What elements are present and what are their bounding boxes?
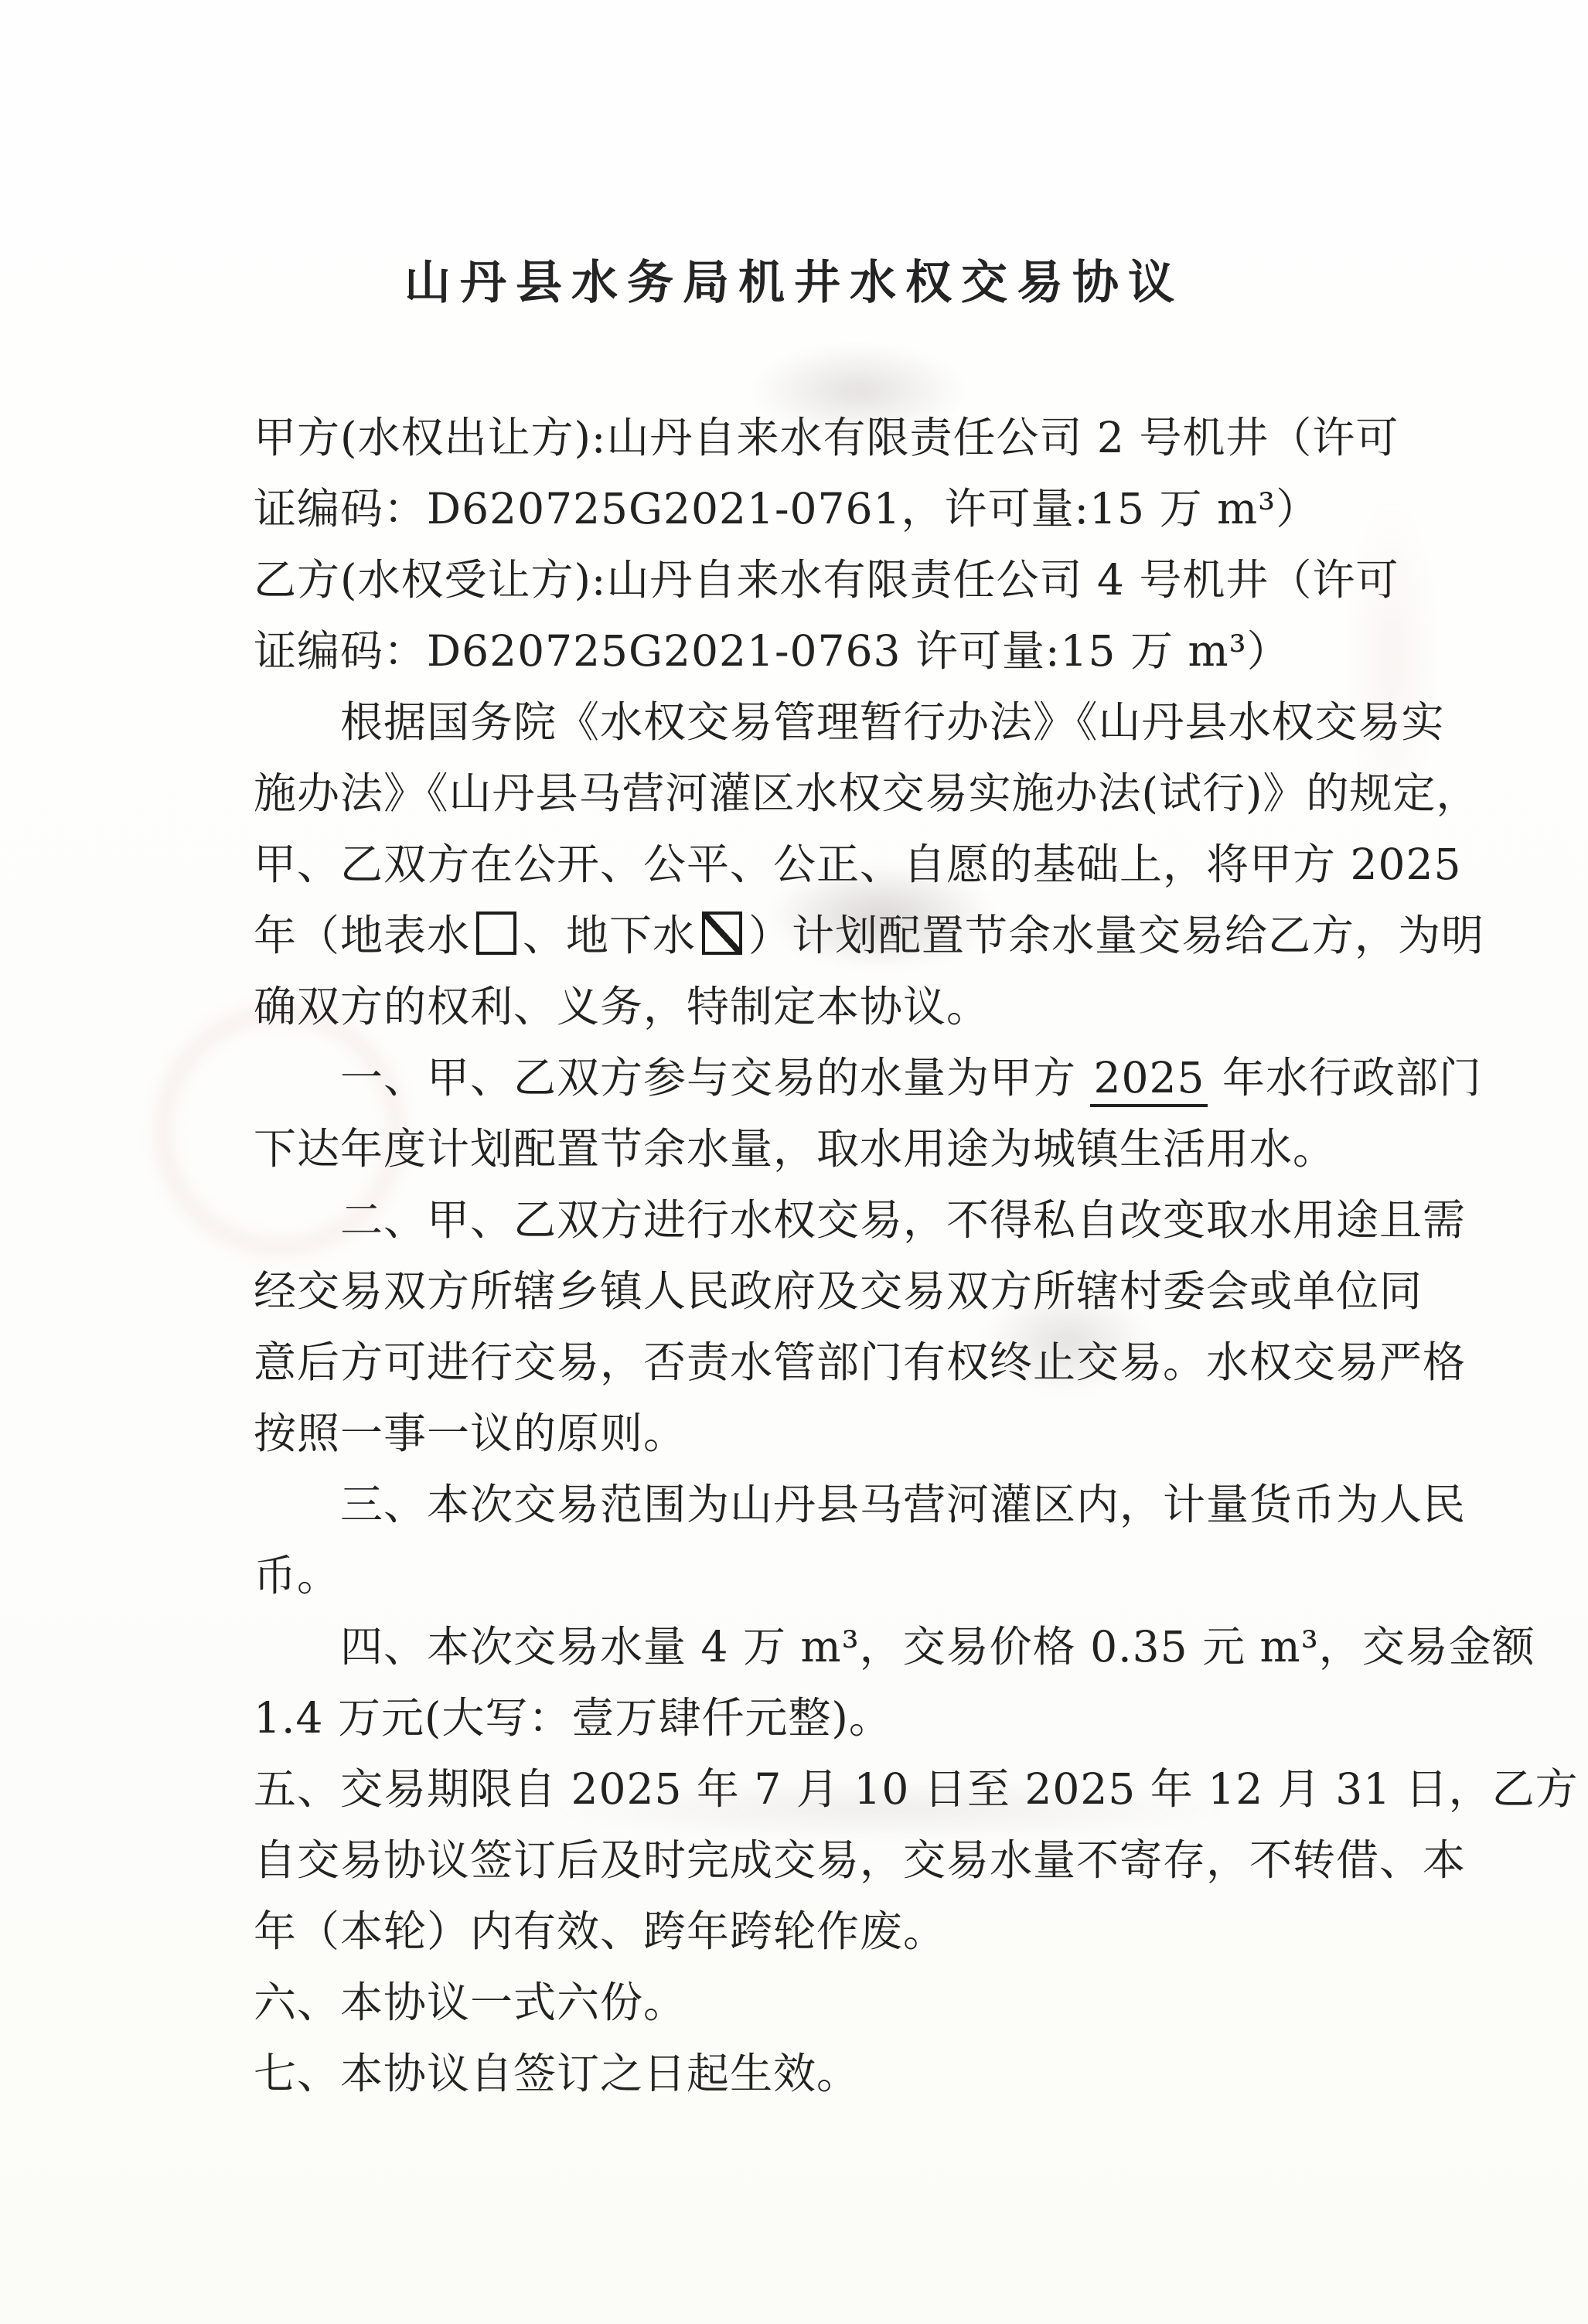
clause-2-line: 二、甲、乙双方进行水权交易，不得私自改变取水用途且需	[254, 1184, 1351, 1256]
clause-6-line: 六、本协议一式六份。	[254, 1967, 1351, 2038]
preamble-line: 确双方的权利、义务，特制定本协议。	[254, 971, 1351, 1042]
preamble-line: 甲、乙双方在公开、公平、公正、自愿的基础上，将甲方 2025	[254, 829, 1351, 900]
clause-2-line: 按照一事一议的原则。	[254, 1398, 1351, 1469]
clause-1-line: 一、甲、乙双方参与交易的水量为甲方 2025 年水行政部门	[254, 1042, 1351, 1113]
party-b-line: 乙方(水权受让方):山丹自来水有限责任公司 4 号机井（许可	[254, 544, 1351, 615]
clause-5-line: 年（本轮）内有效、跨年跨轮作废。	[254, 1896, 1351, 1967]
water-type-checkbox-line: 年（地表水、地下水）计划配置节余水量交易给乙方，为明	[254, 900, 1351, 971]
clause-1-post: 年水行政部门	[1208, 1053, 1481, 1102]
preamble-line: 根据国务院《水权交易管理暂行办法》《山丹县水权交易实	[254, 687, 1351, 758]
clause-2-line: 意后方可进行交易，否责水管部门有权终止交易。水权交易严格	[254, 1327, 1351, 1398]
checkbox-line-mid: 、地下水	[523, 911, 696, 960]
underlined-year-value: 2025	[1090, 1053, 1208, 1107]
clause-4-line: 四、本次交易水量 4 万 m³，交易价格 0.35 元 m³，交易金额	[254, 1611, 1351, 1682]
preamble-line: 施办法》《山丹县马营河灌区水权交易实施办法(试行)》的规定，	[254, 758, 1351, 829]
party-b-license-line: 证编码：D620725G2021-0763 许可量:15 万 m³）	[254, 615, 1351, 687]
surface-water-checkbox-unchecked-icon	[476, 912, 516, 955]
clause-1-line: 下达年度计划配置节余水量，取水用途为城镇生活用水。	[254, 1113, 1351, 1184]
checkbox-line-post: ）计划配置节余水量交易给乙方，为明	[748, 911, 1484, 960]
clause-5-line: 五、交易期限自 2025 年 7 月 10 日至 2025 年 12 月 31 …	[254, 1753, 1351, 1825]
clause-5-line: 自交易协议签订后及时完成交易，交易水量不寄存，不转借、本	[254, 1825, 1351, 1896]
document-title: 山丹县水务局机井水权交易协议	[0, 246, 1588, 312]
scanned-agreement-page: 山丹县水务局机井水权交易协议 甲方(水权出让方):山丹自来水有限责任公司 2 号…	[0, 0, 1588, 2324]
clause-1-pre: 一、甲、乙双方参与交易的水量为甲方	[340, 1053, 1090, 1102]
party-a-license-line: 证编码：D620725G2021-0761，许可量:15 万 m³）	[254, 473, 1351, 544]
clause-3-line: 币。	[254, 1540, 1351, 1611]
clause-4-line: 1.4 万元(大写：壹万肆仟元整)。	[254, 1682, 1351, 1753]
document-body: 甲方(水权出让方):山丹自来水有限责任公司 2 号机井（许可 证编码：D6207…	[254, 402, 1351, 2109]
clause-3-line: 三、本次交易范围为山丹县马营河灌区内，计量货币为人民	[254, 1469, 1351, 1540]
clause-7-line: 七、本协议自签订之日起生效。	[254, 2038, 1351, 2109]
clause-2-line: 经交易双方所辖乡镇人民政府及交易双方所辖村委会或单位同	[254, 1256, 1351, 1327]
checkbox-line-pre: 年（地表水	[254, 911, 470, 960]
ground-water-checkbox-checked-icon	[702, 912, 742, 955]
party-a-line: 甲方(水权出让方):山丹自来水有限责任公司 2 号机井（许可	[254, 402, 1351, 473]
